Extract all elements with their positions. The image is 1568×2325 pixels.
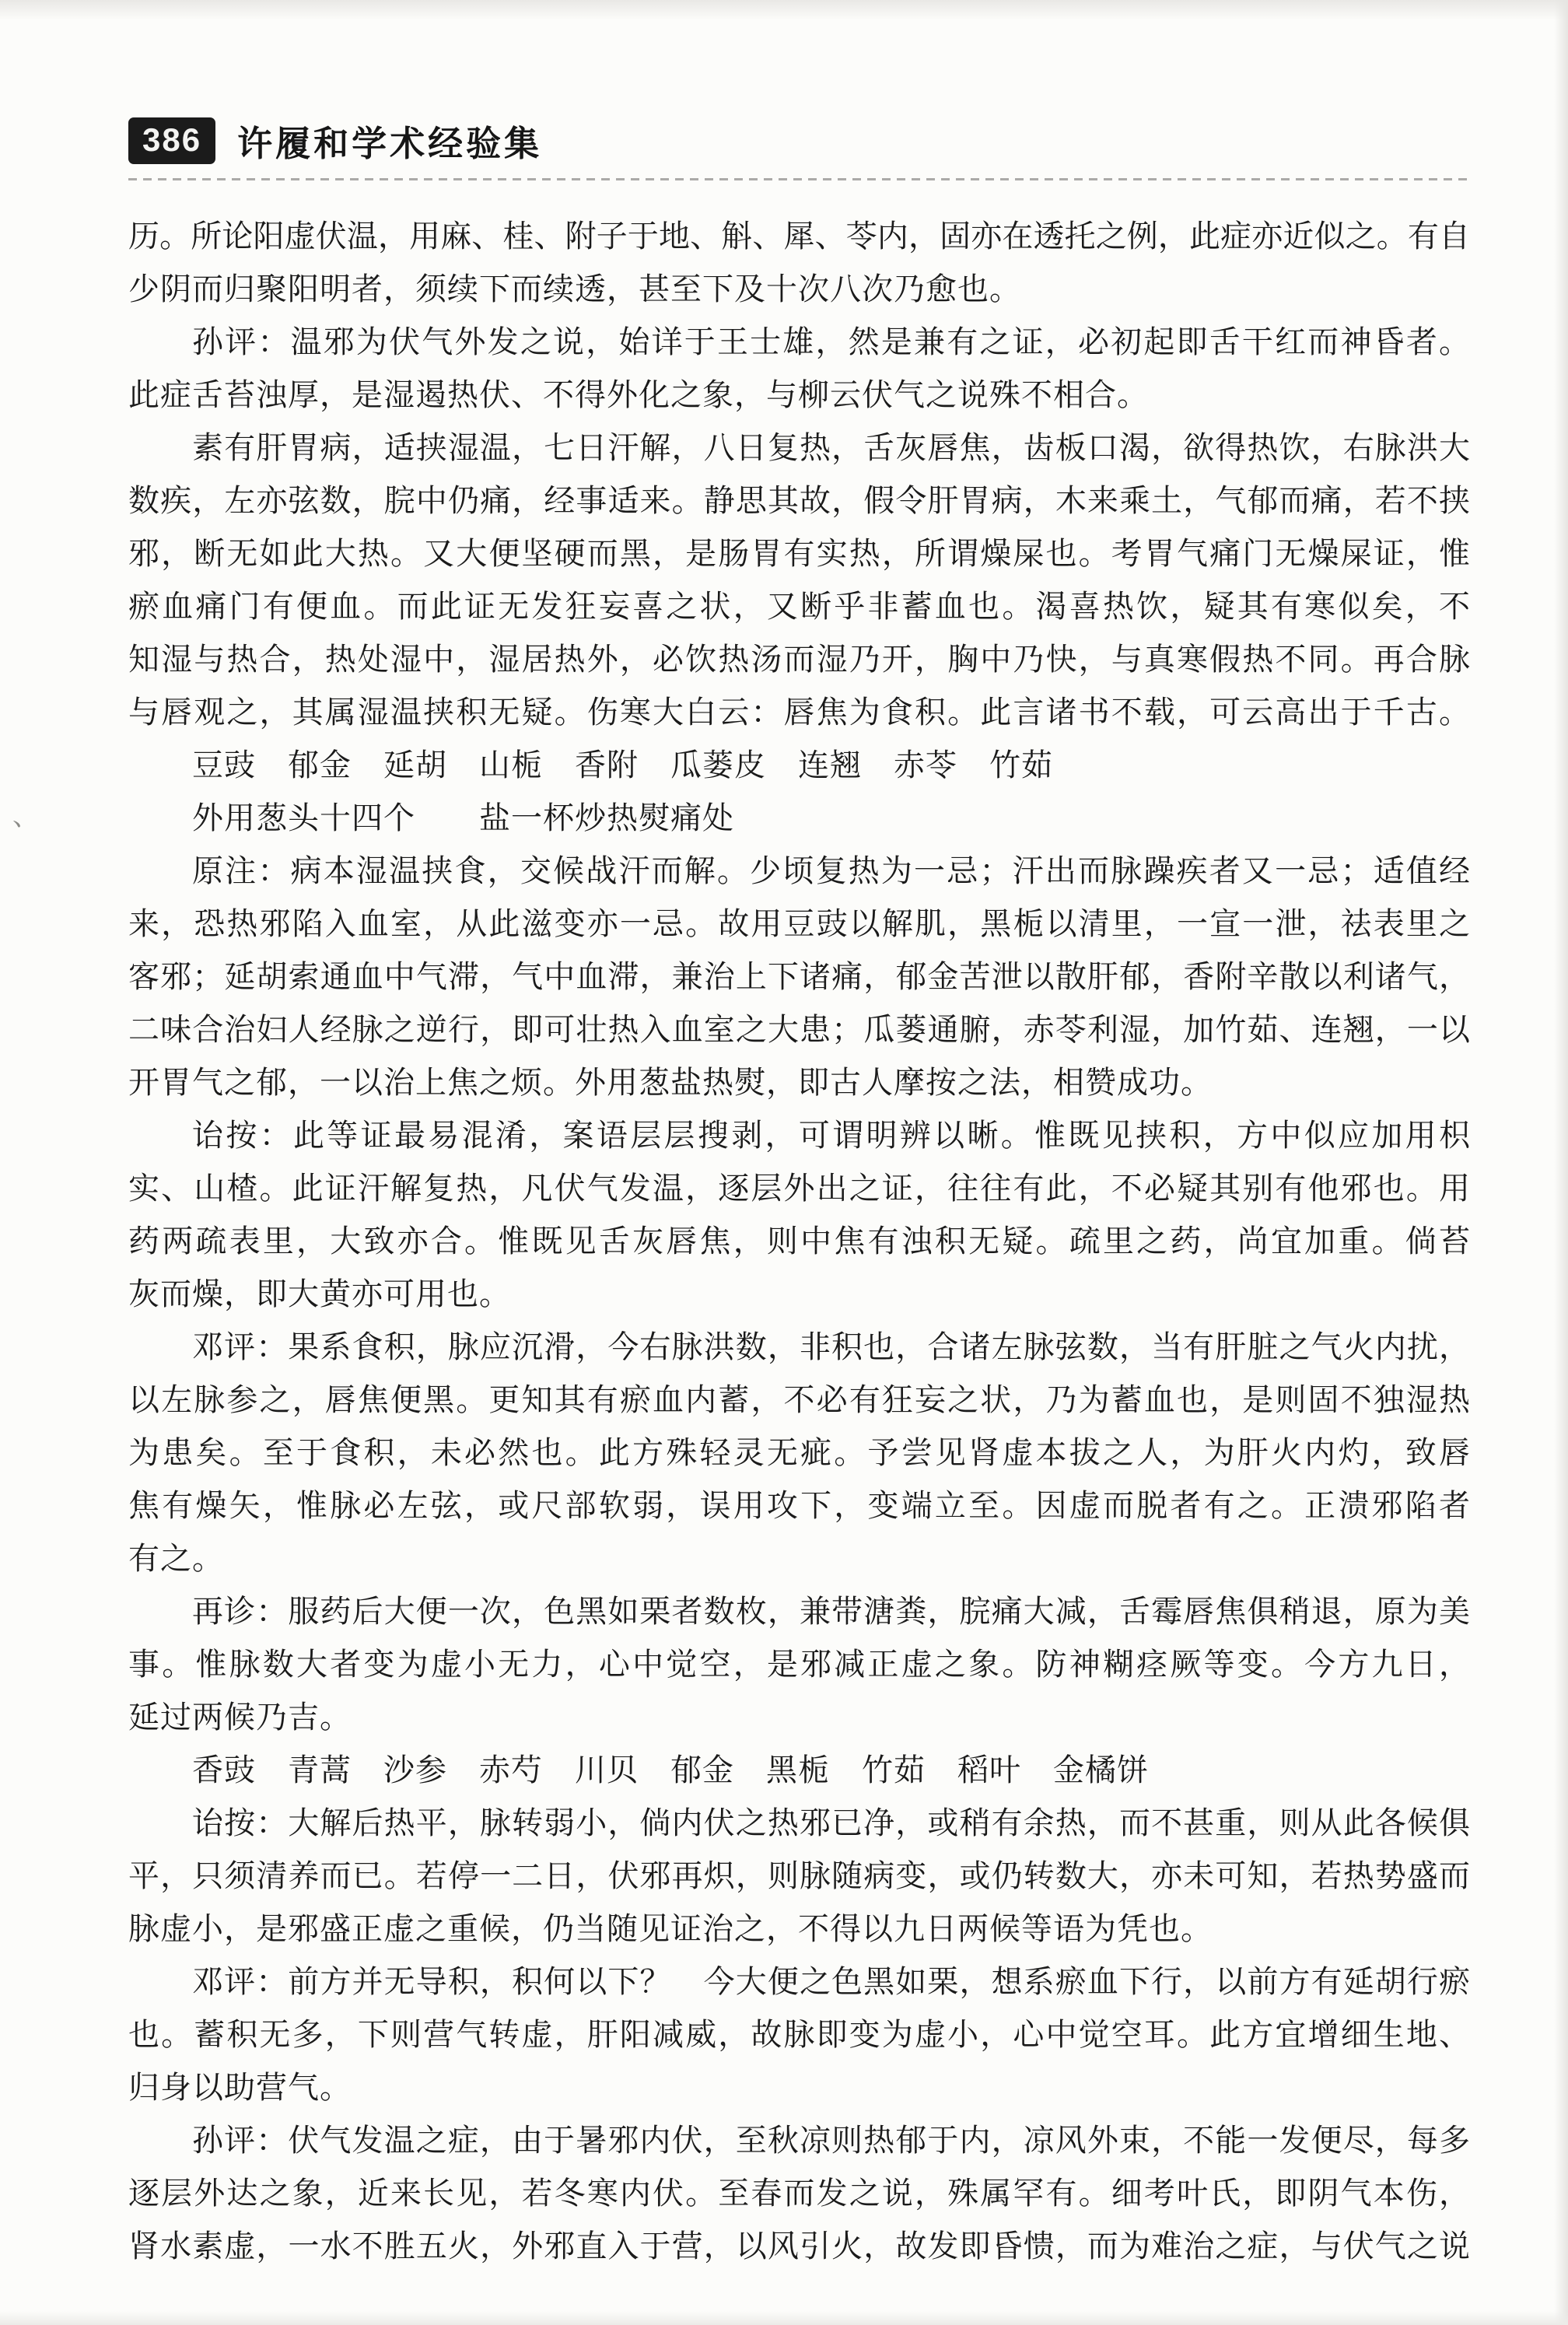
text-line: 诒按：大解后热平，脉转弱小，倘内伏之热邪已净，或稍有余热，而不甚重，则从此各候俱 — [128, 1797, 1470, 1850]
text-line: 逐层外达之象，近来长见，若冬寒内伏。至春而发之说，殊属罕有。细考叶氏，即阴气本伤… — [128, 2167, 1470, 2220]
text-line: 素有肝胃病，适挟湿温，七日汗解，八日复热，舌灰唇焦，齿板口渴，欲得热饮，右脉洪大 — [128, 422, 1470, 474]
text-line: 平，只须清养而已。若停一二日，伏邪再炽，则脉随病变，或仍转数大，亦未可知，若热势… — [128, 1850, 1470, 1903]
text-line: 邓评：果系食积，脉应沉滑，今右脉洪数，非积也，合诸左脉弦数，当有肝脏之气火内扰， — [128, 1321, 1470, 1374]
text-line: 数疾，左亦弦数，脘中仍痛，经事适来。静思其故，假令肝胃病，木来乘土，气郁而痛，若… — [128, 474, 1470, 527]
text-line: 实、山楂。此证汗解复热，凡伏气发温，逐层外出之证，往往有此，不必疑其别有他邪也。… — [128, 1162, 1470, 1215]
text-line: 有之。 — [128, 1532, 1470, 1585]
text-line: 再诊：服药后大便一次，色黑如栗者数枚，兼带溏粪，脘痛大减，舌霉唇焦俱稍退，原为美 — [128, 1585, 1470, 1638]
text-line: 少阴而归聚阳明者，须续下而续透，甚至下及十次八次乃愈也。 — [128, 263, 1470, 316]
text-line: 为患矣。至于食积，未必然也。此方殊轻灵无疵。予尝见肾虚本拔之人，为肝火内灼，致唇 — [128, 1427, 1470, 1479]
book-page: 386 许履和学术经验集 历。所论阳虚伏温，用麻、桂、附子于地、斛、犀、苓内，固… — [128, 115, 1470, 2273]
text-line: 客邪；延胡索通血中气滞，气中血滞，兼治上下诸痛，郁金苦泄以散肝郁，香附辛散以利诸… — [128, 951, 1470, 1003]
text-line: 瘀血痛门有便血。而此证无发狂妄喜之状，又断乎非蓄血也。渴喜热饮，疑其有寒似矣，不 — [128, 580, 1470, 633]
text-line: 历。所论阳虚伏温，用麻、桂、附子于地、斛、犀、苓内，固亦在透托之例，此症亦近似之… — [128, 210, 1470, 263]
text-line: 香豉 青蒿 沙参 赤芍 川贝 郁金 黑栀 竹茹 稻叶 金橘饼 — [128, 1744, 1470, 1797]
text-line: 诒按：此等证最易混淆，案语层层搜剥，可谓明辨以晰。惟既见挟积，方中似应加用枳 — [128, 1109, 1470, 1162]
body-text-block: 历。所论阳虚伏温，用麻、桂、附子于地、斛、犀、苓内，固亦在透托之例，此症亦近似之… — [128, 210, 1470, 2273]
text-line: 肾水素虚，一水不胜五火，外邪直入于营，以风引火，故发即昏愦，而为难治之症，与伏气… — [128, 2220, 1470, 2273]
text-line: 外用葱头十四个 盐一杯炒热熨痛处 — [128, 792, 1470, 845]
text-line: 豆豉 郁金 延胡 山栀 香附 瓜蒌皮 连翘 赤苓 竹茹 — [128, 739, 1470, 792]
text-line: 灰而燥，即大黄亦可用也。 — [128, 1268, 1470, 1321]
text-line: 也。蓄积无多，下则营气转虚，肝阳减威，故脉即变为虚小，心中觉空耳。此方宜增细生地… — [128, 2008, 1470, 2061]
text-line: 开胃气之郁，一以治上焦之烦。外用葱盐热熨，即古人摩按之法，相赞成功。 — [128, 1056, 1470, 1109]
scan-edge-shading-top — [0, 0, 1568, 20]
text-line: 延过两候乃吉。 — [128, 1691, 1470, 1744]
text-line: 二味合治妇人经脉之逆行，即可壮热入血室之大患；瓜蒌通腑，赤苓利湿，加竹茹、连翘，… — [128, 1003, 1470, 1056]
scan-edge-shading-right — [1554, 0, 1568, 2325]
header-divider — [128, 178, 1470, 180]
text-line: 归身以助营气。 — [128, 2061, 1470, 2114]
text-line: 事。惟脉数大者变为虚小无力，心中觉空，是邪减正虚之象。防神糊痉厥等变。今方九日， — [128, 1638, 1470, 1691]
text-line: 知湿与热合，热处湿中，湿居热外，必饮热汤而湿乃开，胸中乃快，与真寒假热不同。再合… — [128, 633, 1470, 686]
text-line: 药两疏表里，大致亦合。惟既见舌灰唇焦，则中焦有浊积无疑。疏里之药，尚宜加重。倘苔 — [128, 1215, 1470, 1268]
text-line: 原注：病本湿温挟食，交候战汗而解。少顷复热为一忌；汗出而脉躁疾者又一忌；适值经 — [128, 845, 1470, 898]
text-line: 脉虚小，是邪盛正虚之重候，仍当随见证治之，不得以九日两候等语为凭也。 — [128, 1903, 1470, 1956]
page-header: 386 许履和学术经验集 — [128, 115, 1470, 166]
text-line: 孙评：温邪为伏气外发之说，始详于王士雄，然是兼有之证，必初起即舌干红而神昏者。 — [128, 316, 1470, 369]
scan-edge-shading-bottom — [0, 2311, 1568, 2325]
book-title: 许履和学术经验集 — [237, 115, 542, 166]
scan-artifact: 、 — [12, 795, 39, 833]
text-line: 来，恐热邪陷入血室，从此滋变亦一忌。故用豆豉以解肌，黑栀以清里，一宣一泄，祛表里… — [128, 898, 1470, 951]
text-line: 以左脉参之，唇焦便黑。更知其有瘀血内蓄，不必有狂妄之状，乃为蓄血也，是则固不独湿… — [128, 1374, 1470, 1427]
page-number-badge: 386 — [128, 117, 215, 164]
text-line: 邓评：前方并无导积，积何以下？ 今大便之色黑如栗，想系瘀血下行，以前方有延胡行瘀 — [128, 1956, 1470, 2008]
text-line: 此症舌苔浊厚，是湿遏热伏、不得外化之象，与柳云伏气之说殊不相合。 — [128, 369, 1470, 422]
text-line: 孙评：伏气发温之症，由于暑邪内伏，至秋凉则热郁于内，凉风外束，不能一发便尽，每多 — [128, 2114, 1470, 2167]
text-line: 与唇观之，其属湿温挟积无疑。伤寒大白云：唇焦为食积。此言诸书不载，可云高出于千古… — [128, 686, 1470, 739]
text-line: 焦有燥矢，惟脉必左弦，或尺部软弱，误用攻下，变端立至。因虚而脱者有之。正溃邪陷者 — [128, 1479, 1470, 1532]
text-line: 邪，断无如此大热。又大便坚硬而黑，是肠胃有实热，所谓燥屎也。考胃气痛门无燥屎证，… — [128, 527, 1470, 580]
